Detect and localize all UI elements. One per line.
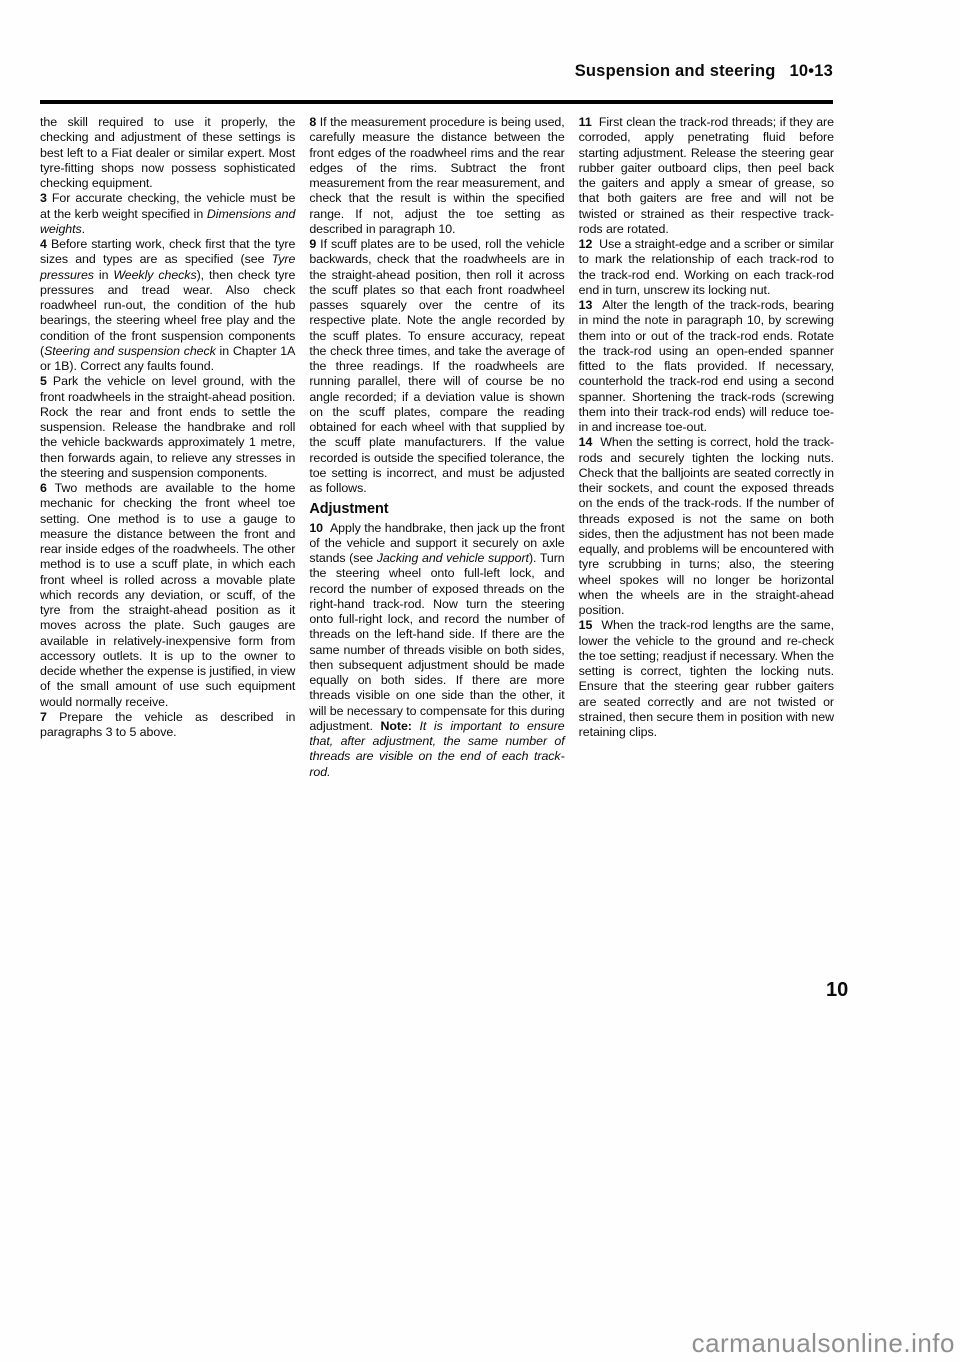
- text-segment: .: [82, 222, 85, 236]
- paragraph: 3 For accurate checking, the vehicle mus…: [40, 191, 295, 237]
- page-header: Suspension and steering10•13: [0, 62, 833, 81]
- paragraph: 10 Apply the handbrake, then jack up the…: [309, 521, 564, 780]
- text-segment: 6: [40, 481, 55, 495]
- header-page-ref: 10•13: [790, 62, 833, 80]
- text-segment: 12: [579, 237, 600, 251]
- paragraph: 5 Park the vehicle on level ground, with…: [40, 374, 295, 481]
- paragraph: 9 If scuff plates are to be used, roll t…: [309, 237, 564, 496]
- text-segment: Steering and suspension check: [44, 344, 216, 358]
- paragraph: 8 If the measurement procedure is being …: [309, 115, 564, 237]
- text-segment: Jacking and vehicle support: [377, 551, 529, 565]
- manual-page: Suspension and steering10•13 the skill r…: [0, 0, 960, 1362]
- text-segment: 10: [309, 521, 330, 535]
- text-segment: Park the vehicle on level ground, with t…: [40, 374, 295, 480]
- text-segment: If the measurement procedure is being us…: [309, 115, 564, 236]
- text-segment: Note:: [380, 719, 411, 733]
- text-segment: 14: [579, 435, 601, 449]
- text-segment: ). Turn the steering wheel onto full-lef…: [309, 551, 564, 733]
- text-segment: Adjustment: [309, 501, 388, 517]
- text-segment: 15: [579, 618, 602, 632]
- header-title: Suspension and steering: [575, 62, 776, 80]
- text-segment: 3: [40, 191, 52, 205]
- paragraph: 11 First clean the track-rod threads; if…: [579, 115, 834, 237]
- column-3: 11 First clean the track-rod threads; if…: [579, 115, 834, 780]
- paragraph: 6 Two methods are available to the home …: [40, 481, 295, 710]
- text-segment: Before starting work, check first that t…: [40, 237, 295, 266]
- text-segment: 7: [40, 710, 59, 724]
- paragraph: 15 When the track-rod lengths are the sa…: [579, 618, 834, 740]
- paragraph: 14 When the setting is correct, hold the…: [579, 435, 834, 618]
- text-segment: 4: [40, 237, 51, 251]
- column-1: the skill required to use it properly, t…: [40, 115, 295, 780]
- text-segment: If scuff plates are to be used, roll the…: [309, 237, 564, 495]
- text-segment: 9: [309, 237, 320, 251]
- text-segment: 8: [309, 115, 319, 129]
- text-segment: in: [94, 268, 113, 282]
- text-segment: [412, 719, 420, 733]
- paragraph: 7 Prepare the vehicle as described in pa…: [40, 710, 295, 741]
- text-columns: the skill required to use it properly, t…: [40, 115, 834, 780]
- page-number: 10: [826, 979, 848, 1002]
- text-segment: 5: [40, 374, 53, 388]
- text-segment: Alter the length of the track-rods, bear…: [579, 298, 834, 434]
- text-segment: First clean the track-rod threads; if th…: [579, 115, 834, 236]
- text-segment: When the track-rod lengths are the same,…: [579, 618, 834, 739]
- text-segment: 11: [579, 115, 599, 129]
- text-segment: Use a straight-edge and a scriber or sim…: [579, 237, 834, 297]
- text-segment: Weekly checks: [113, 268, 196, 282]
- text-segment: 13: [579, 298, 603, 312]
- paragraph: 13 Alter the length of the track-rods, b…: [579, 298, 834, 435]
- watermark: carmanualsonline.info: [692, 1328, 955, 1359]
- header-rule: [40, 100, 833, 104]
- column-2: 8 If the measurement procedure is being …: [309, 115, 564, 780]
- text-segment: Prepare the vehicle as described in para…: [40, 710, 295, 739]
- text-segment: the skill required to use it properly, t…: [40, 115, 295, 190]
- text-segment: Two methods are available to the home me…: [40, 481, 295, 709]
- paragraph: 4 Before starting work, check first that…: [40, 237, 295, 374]
- section-heading: Adjustment: [309, 502, 564, 517]
- paragraph: the skill required to use it properly, t…: [40, 115, 295, 191]
- text-segment: When the setting is correct, hold the tr…: [579, 435, 834, 617]
- paragraph: 12 Use a straight-edge and a scriber or …: [579, 237, 834, 298]
